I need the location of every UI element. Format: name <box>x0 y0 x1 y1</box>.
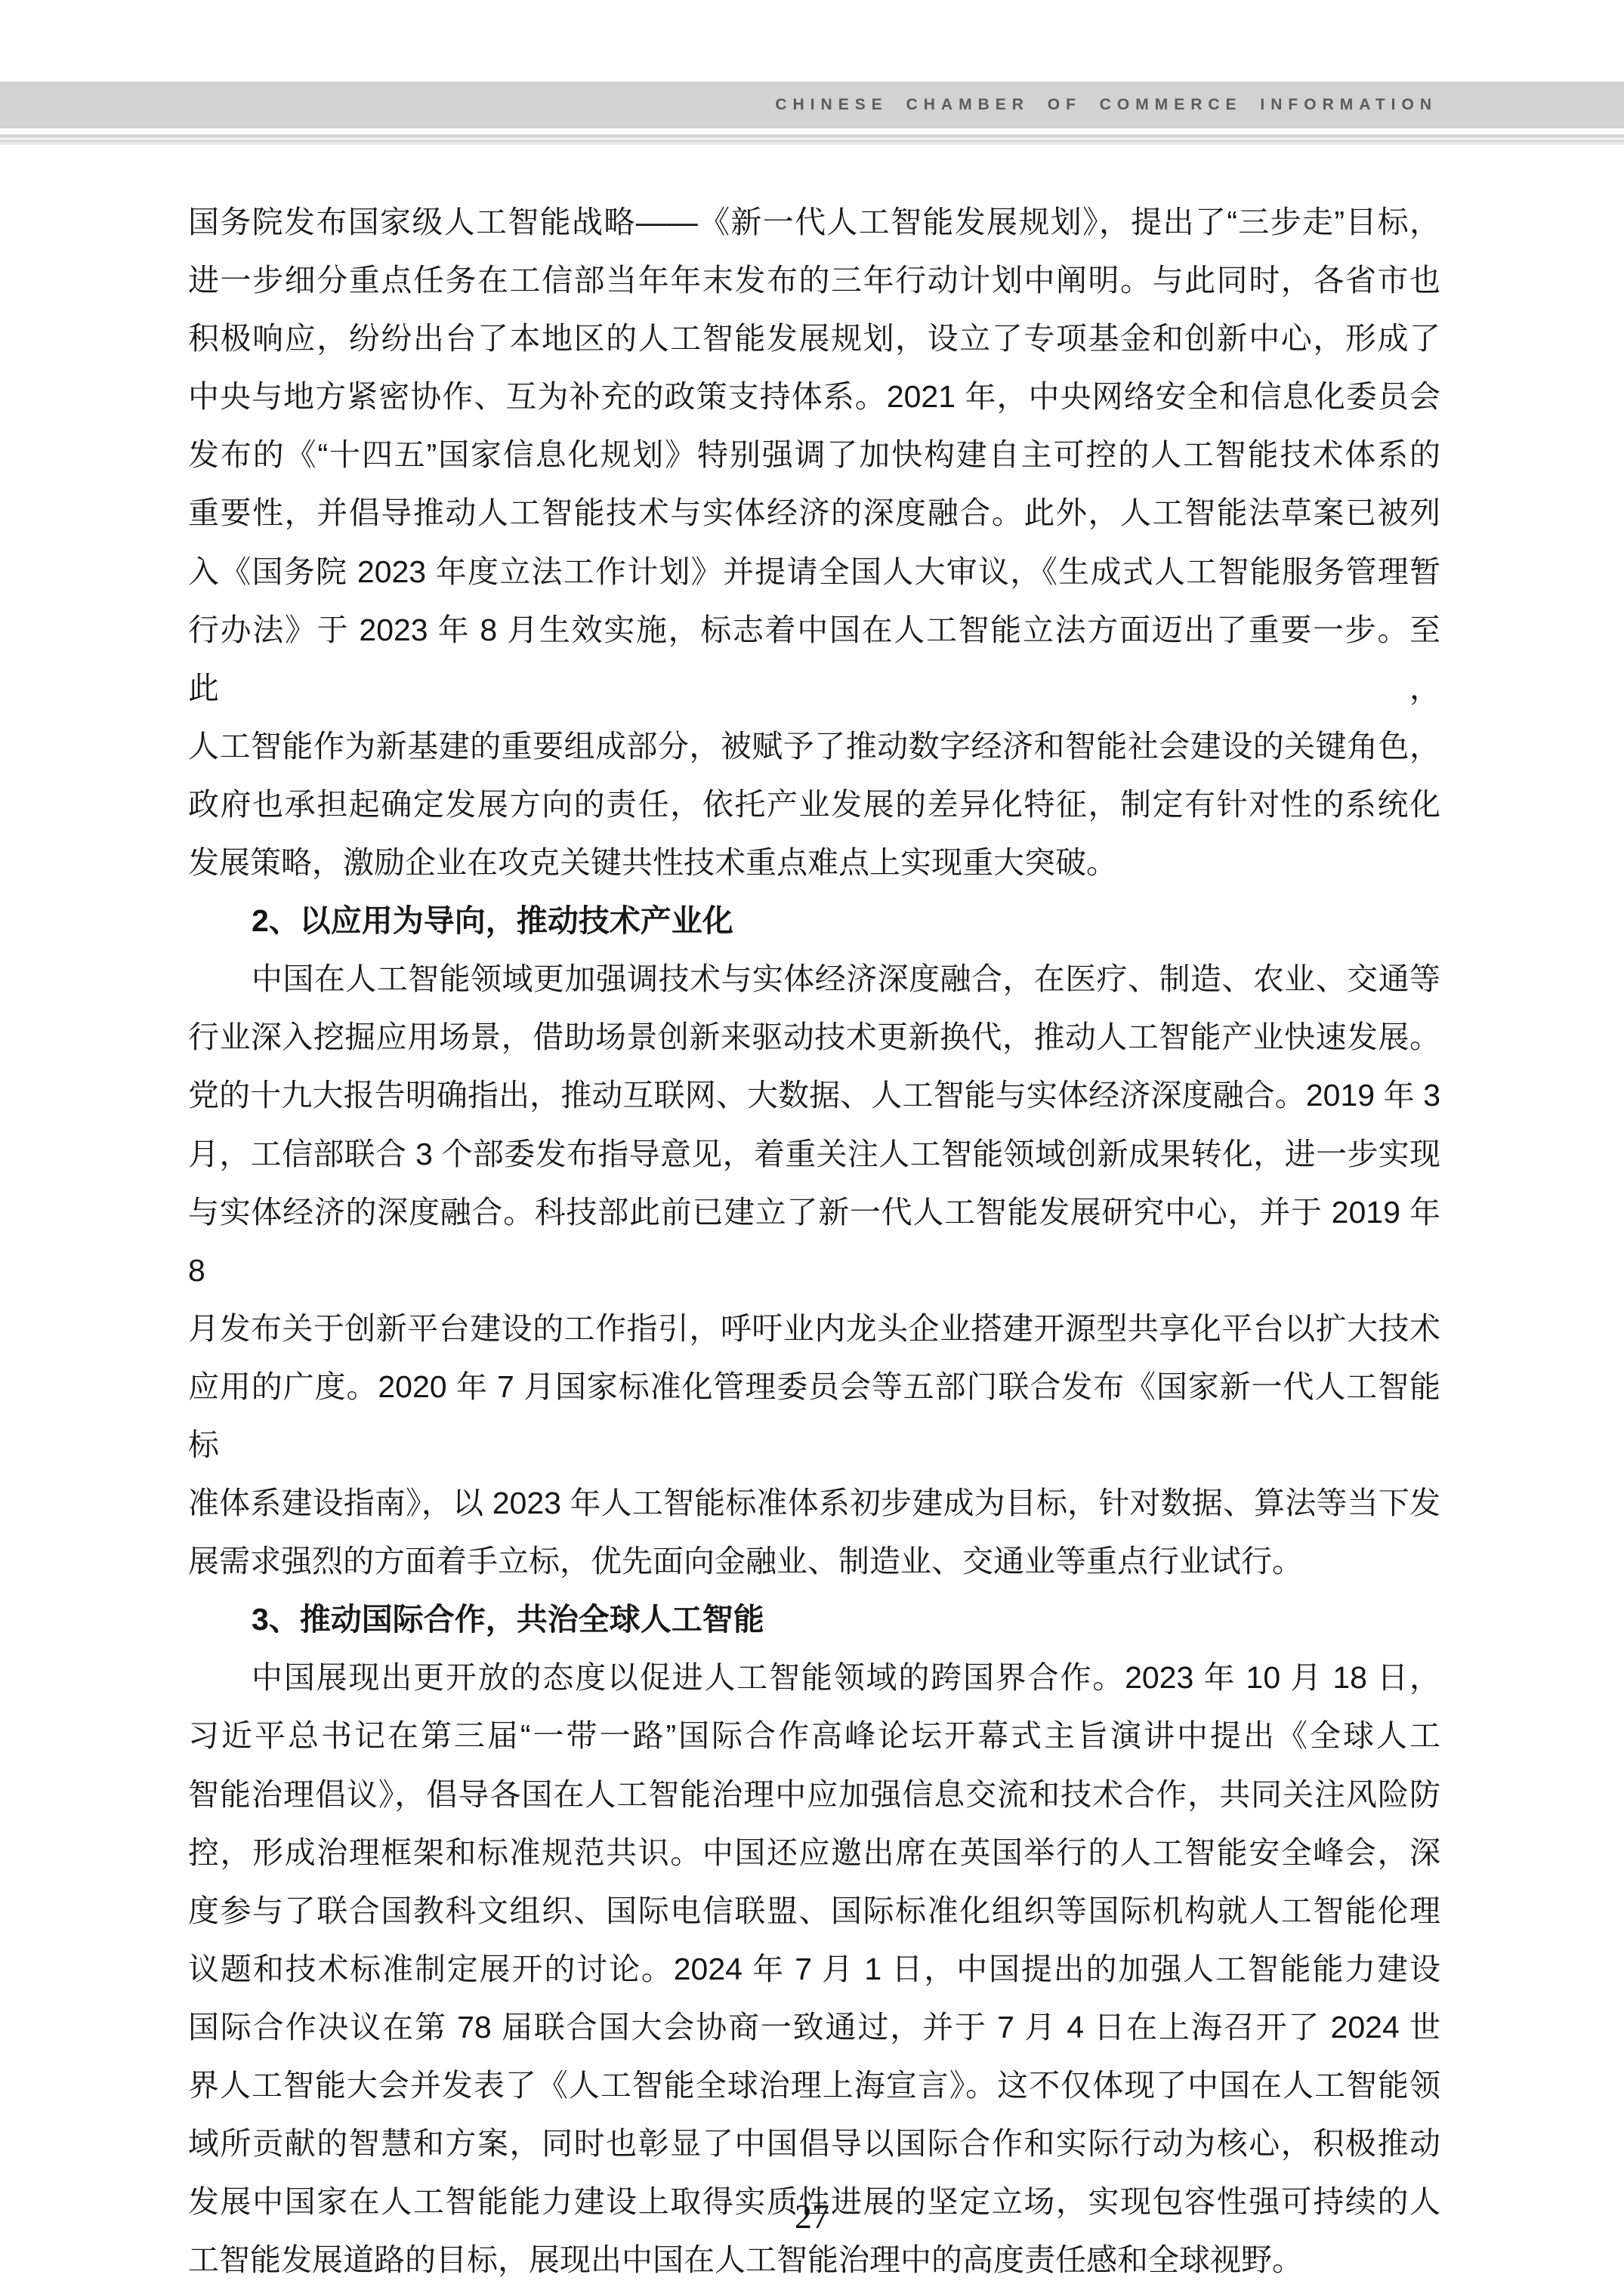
header-banner-title: CHINESE CHAMBER OF COMMERCE INFORMATION <box>775 96 1437 114</box>
text-blocks: 国务院发布国家级人工智能战略——《新一代人工智能发展规划》，提出了“三步走”目标… <box>188 193 1440 2289</box>
text-line: 月，工信部联合 3 个部委发布指导意见，着重关注人工智能领域创新成果转化，进一步… <box>188 1125 1440 1184</box>
text-line: 中央与地方紧密协作、互为补充的政策支持体系。2021 年，中央网络安全和信息化委… <box>188 368 1440 426</box>
text-line: 入《国务院 2023 年度立法工作计划》并提请全国人大审议，《生成式人工智能服务… <box>188 543 1440 601</box>
header-banner: CHINESE CHAMBER OF COMMERCE INFORMATION <box>0 82 1624 128</box>
text-line: 中国展现出更开放的态度以促进人工智能领域的跨国界合作。2023 年 10 月 1… <box>188 1649 1440 1707</box>
text-line: 中国在人工智能领域更加强调技术与实体经济深度融合，在医疗、制造、农业、交通等 <box>188 950 1440 1008</box>
text-line: 议题和技术标准制定展开的讨论。2024 年 7 月 1 日，中国提出的加强人工智… <box>188 1940 1440 1998</box>
text-line: 度参与了联合国教科文组织、国际电信联盟、国际标准化组织等国际机构就人工智能伦理 <box>188 1882 1440 1940</box>
text-line: 发布的《“十四五”国家信息化规划》特别强调了加快构建自主可控的人工智能技术体系的 <box>188 426 1440 484</box>
document-page: CHINESE CHAMBER OF COMMERCE INFORMATION … <box>0 0 1624 2293</box>
text-line: 智能治理倡议》，倡导各国在人工智能治理中应加强信息交流和技术合作，共同关注风险防 <box>188 1766 1440 1824</box>
page-number: 27 <box>0 2196 1624 2236</box>
text-line: 发展策略，激励企业在攻克关键共性技术重点难点上实现重大突破。 <box>188 834 1440 892</box>
text-line: 界人工智能大会并发表了《人工智能全球治理上海宣言》。这不仅体现了中国在人工智能领 <box>188 2057 1440 2115</box>
text-line: 行业深入挖掘应用场景，借助场景创新来驱动技术更新换代，推动人工智能产业快速发展。 <box>188 1008 1440 1066</box>
text-line: 域所贡献的智慧和方案，同时也彰显了中国倡导以国际合作和实际行动为核心，积极推动 <box>188 2115 1440 2173</box>
text-line: 准体系建设指南》，以 2023 年人工智能标准体系初步建成为目标，针对数据、算法… <box>188 1474 1440 1532</box>
text-line: 国际合作决议在第 78 届联合国大会协商一致通过，并于 7 月 4 日在上海召开… <box>188 1998 1440 2057</box>
text-line: 人工智能作为新基建的重要组成部分，被赋予了推动数字经济和智能社会建设的关键角色， <box>188 718 1440 776</box>
text-line: 党的十九大报告明确指出，推动互联网、大数据、人工智能与实体经济深度融合。2019… <box>188 1066 1440 1125</box>
text-line: 展需求强烈的方面着手立标，优先面向金融业、制造业、交通业等重点行业试行。 <box>188 1532 1440 1591</box>
section-heading: 2、以应用为导向，推动技术产业化 <box>188 892 1440 950</box>
text-line: 行办法》于 2023 年 8 月生效实施，标志着中国在人工智能立法方面迈出了重要… <box>188 601 1440 718</box>
text-line: 控，形成治理框架和标准规范共识。中国还应邀出席在英国举行的人工智能安全峰会，深 <box>188 1824 1440 1882</box>
text-line: 重要性，并倡导推动人工智能技术与实体经济的深度融合。此外，人工智能法草案已被列 <box>188 484 1440 542</box>
text-line: 习近平总书记在第三届“一带一路”国际合作高峰论坛开幕式主旨演讲中提出《全球人工 <box>188 1707 1440 1765</box>
text-line: 国务院发布国家级人工智能战略——《新一代人工智能发展规划》，提出了“三步走”目标… <box>188 193 1440 252</box>
header-divider-stripes <box>0 134 1624 145</box>
text-line: 与实体经济的深度融合。科技部此前已建立了新一代人工智能发展研究中心，并于 201… <box>188 1184 1440 1300</box>
section-heading: 3、推动国际合作，共治全球人工智能 <box>188 1591 1440 1649</box>
text-line: 政府也承担起确定发展方向的责任，依托产业发展的差异化特征，制定有针对性的系统化 <box>188 776 1440 834</box>
text-line: 工智能发展道路的目标，展现出中国在人工智能治理中的高度责任感和全球视野。 <box>188 2231 1440 2289</box>
text-line: 应用的广度。2020 年 7 月国家标准化管理委员会等五部门联合发布《国家新一代… <box>188 1358 1440 1474</box>
text-line: 月发布关于创新平台建设的工作指引，呼吁业内龙头企业搭建开源型共享化平台以扩大技术 <box>188 1300 1440 1358</box>
text-line: 进一步细分重点任务在工信部当年年末发布的三年行动计划中阐明。与此同时，各省市也 <box>188 252 1440 310</box>
text-line: 积极响应，纷纷出台了本地区的人工智能发展规划，设立了专项基金和创新中心，形成了 <box>188 310 1440 368</box>
